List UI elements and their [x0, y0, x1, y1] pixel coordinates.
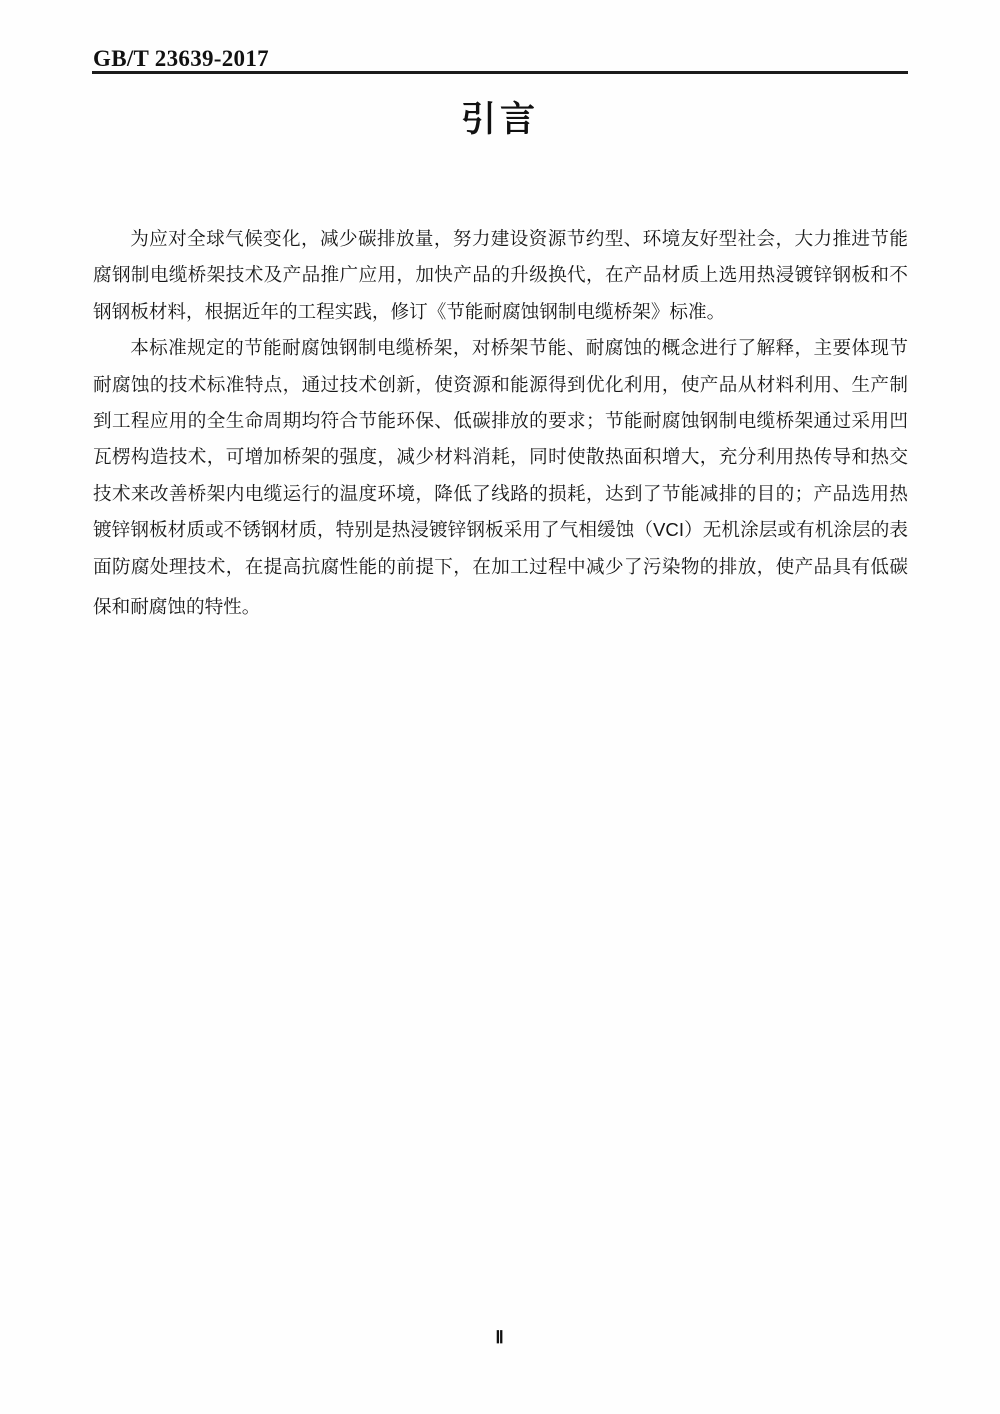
section-title: 引言: [0, 100, 1000, 140]
paragraph-2: 本标准规定的节能耐腐蚀钢制电缆桥架，对桥架节能、耐腐蚀的概念进行了解释，主要体现…: [93, 330, 908, 625]
text-line: 镀锌钢板材质或不锈钢材质，特别是热浸镀锌钢板采用了气相缓蚀（VCI）无机涂层或有…: [93, 512, 908, 548]
document-page: GB/T 23639-2017 引言 为应对全球气候变化，减少碳排放量，努力建设…: [0, 0, 1000, 1414]
text-line: 技术来改善桥架内电缆运行的温度环境，降低了线路的损耗，达到了节能减排的目的；产品…: [93, 476, 908, 512]
text-line: 钢钢板材料，根据近年的工程实践，修订《节能耐腐蚀钢制电缆桥架》标准。: [93, 294, 908, 330]
text-line: 为应对全球气候变化，减少碳排放量，努力建设资源节约型、环境友好型社会，大力推进节…: [93, 221, 908, 257]
header-rule: [92, 71, 908, 74]
text-line: 到工程应用的全生命周期均符合节能环保、低碳排放的要求；节能耐腐蚀钢制电缆桥架通过…: [93, 403, 908, 439]
text-line: 腐钢制电缆桥架技术及产品推广应用，加快产品的升级换代，在产品材质上选用热浸镀锌钢…: [93, 257, 908, 293]
text-line: 面防腐处理技术，在提高抗腐性能的前提下，在加工过程中减少了污染物的排放，使产品具…: [93, 549, 908, 585]
document-body: 为应对全球气候变化，减少碳排放量，努力建设资源节约型、环境友好型社会，大力推进节…: [93, 221, 908, 625]
text-line: 瓦楞构造技术，可增加桥架的强度，减少材料消耗，同时使散热面积增大，充分利用热传导…: [93, 439, 908, 475]
page-number: Ⅱ: [0, 1328, 1000, 1348]
standard-number: GB/T 23639-2017: [93, 46, 269, 72]
paragraph-1: 为应对全球气候变化，减少碳排放量，努力建设资源节约型、环境友好型社会，大力推进节…: [93, 221, 908, 330]
text-line: 本标准规定的节能耐腐蚀钢制电缆桥架，对桥架节能、耐腐蚀的概念进行了解释，主要体现…: [93, 330, 908, 366]
text-line: 耐腐蚀的技术标准特点，通过技术创新，使资源和能源得到优化利用，使产品从材料利用、…: [93, 367, 908, 403]
text-line: 保和耐腐蚀的特性。: [93, 589, 908, 625]
